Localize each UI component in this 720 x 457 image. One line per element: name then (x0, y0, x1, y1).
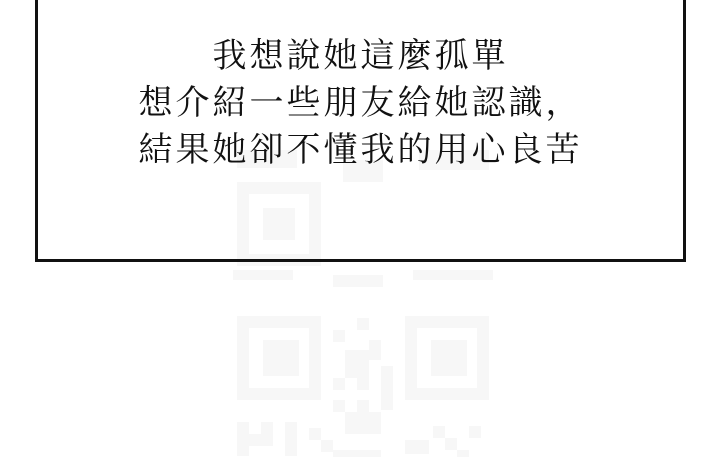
watermark-finder-ring (237, 316, 321, 400)
caption-line-2: 想介紹一些朋友給她認識， (35, 80, 686, 127)
watermark-block (469, 426, 481, 438)
watermark-block (345, 412, 381, 434)
watermark-block (413, 270, 493, 280)
caption-line-3: 結果她卻不懂我的用心良苦 (35, 127, 686, 174)
watermark-block (357, 318, 369, 330)
watermark-finder-ring (405, 316, 489, 400)
watermark-block (369, 340, 381, 360)
caption-line-1: 我想說她這麼孤單 (35, 33, 686, 80)
watermark-block (309, 428, 321, 440)
watermark-block (261, 422, 273, 446)
watermark-block (333, 400, 345, 412)
watermark-block (345, 350, 369, 378)
watermark-block (405, 440, 429, 454)
watermark-block (263, 340, 299, 376)
watermark-block (357, 378, 369, 390)
watermark-block (357, 400, 369, 412)
watermark-block (431, 340, 467, 376)
watermark-block (321, 440, 333, 452)
watermark-block (333, 378, 345, 390)
caption-text: 我想說她這麼孤單 想介紹一些朋友給她認識， 結果她卻不懂我的用心良苦 (35, 33, 686, 174)
watermark-block (381, 366, 393, 410)
watermark-block (237, 422, 249, 456)
watermark-block (433, 426, 445, 438)
watermark-block (285, 422, 297, 456)
watermark-block (333, 450, 381, 457)
watermark-block (333, 275, 383, 287)
watermark-block (233, 270, 293, 280)
watermark-block (445, 438, 457, 450)
watermark-block (457, 450, 469, 457)
watermark-block (333, 330, 345, 342)
watermark-block (249, 434, 273, 446)
